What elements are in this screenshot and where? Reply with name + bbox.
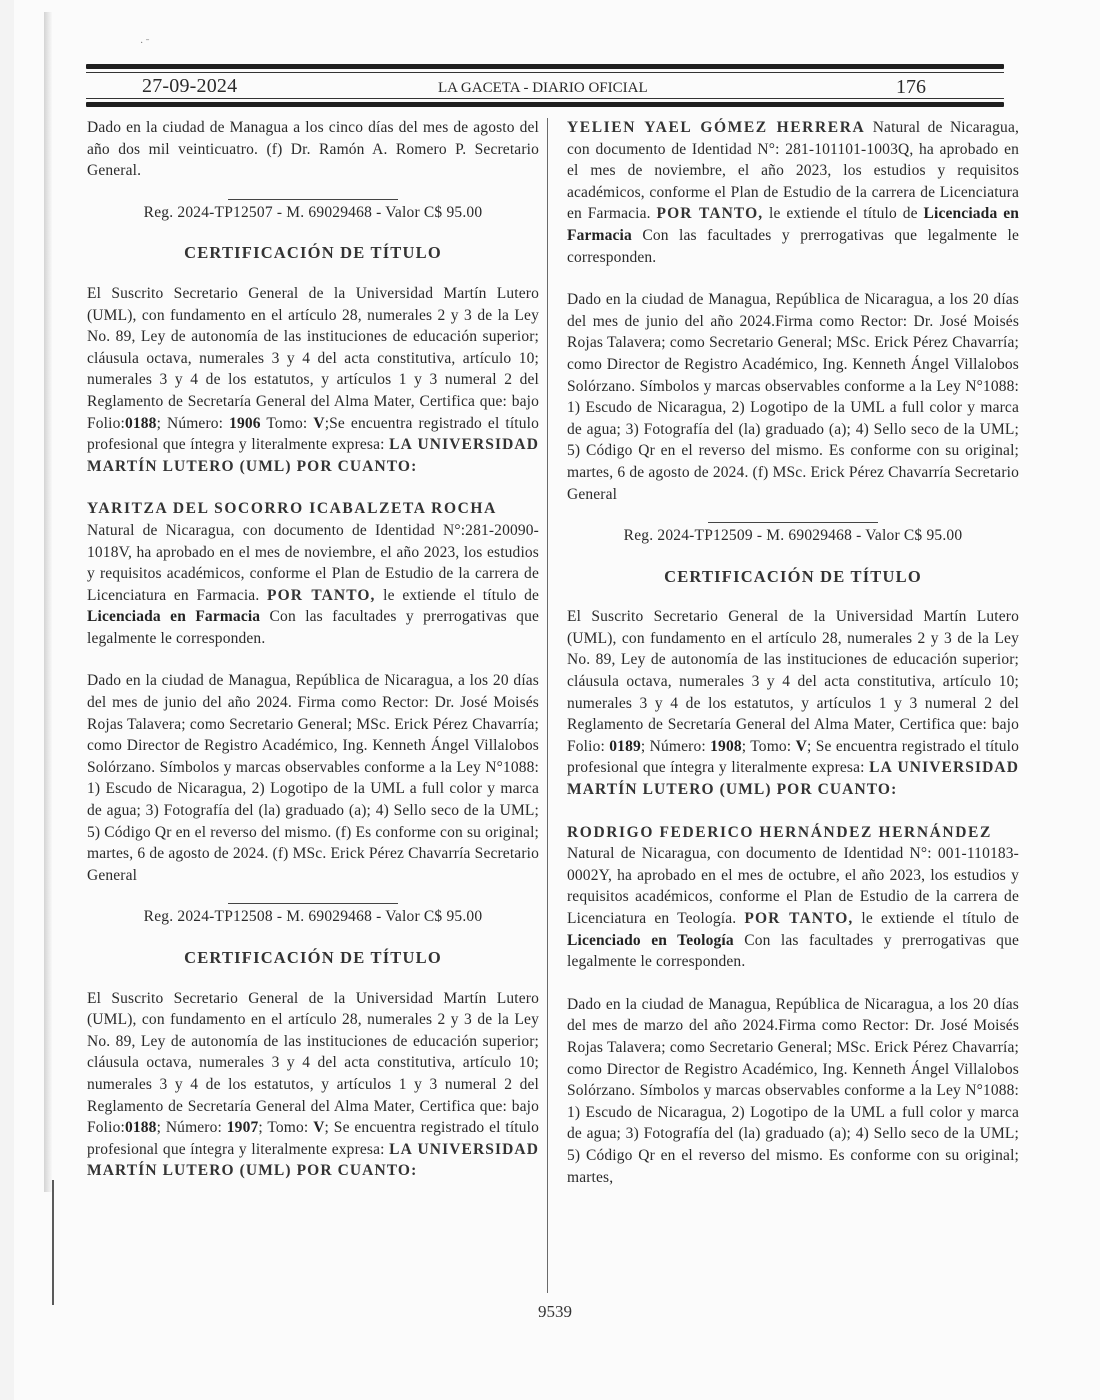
column-divider [547, 118, 548, 1293]
section-title: CERTIFICACIÓN DE TÍTULO [87, 947, 539, 969]
registration-line: Reg. 2024-TP12509 - M. 69029468 - Valor … [567, 525, 1019, 547]
gazette-page-number: 9539 [538, 1302, 572, 1322]
section-title: CERTIFICACIÓN DE TÍTULO [87, 242, 539, 264]
scan-specks: · ˉ [140, 38, 149, 49]
graduate-name: YARITZA DEL SOCORRO ICABALZETA ROCHA [87, 500, 497, 517]
left-column: Dado en la ciudad de Managua a los cinco… [87, 117, 539, 1182]
binding-shadow [44, 12, 52, 1192]
registry-number: 1907 [227, 1119, 259, 1136]
closing-paragraph: Dado en la ciudad de Managua, República … [567, 289, 1019, 505]
binding-edge-line [52, 1180, 54, 1305]
header-rule-thin-bottom [86, 98, 1004, 99]
registry-number: 1908 [710, 738, 742, 755]
registration-line: Reg. 2024-TP12508 - M. 69029468 - Valor … [87, 906, 539, 928]
degree-title: Licenciada en Farmacia [87, 608, 260, 625]
degree-title: Licenciado en Teología [567, 932, 734, 949]
registry-number: 1906 [229, 415, 261, 432]
section-page-number: 176 [896, 76, 926, 99]
publication-title: LA GACETA - DIARIO OFICIAL [438, 80, 648, 97]
folio-number: 0189 [609, 738, 641, 755]
section-title: CERTIFICACIÓN DE TÍTULO [567, 566, 1019, 588]
graduate-paragraph: RODRIGO FEDERICO HERNÁNDEZ HERNÁNDEZNatu… [567, 822, 1019, 973]
separator-line [708, 522, 878, 523]
folio-number: 0188 [125, 1119, 157, 1136]
scan-margin [0, 0, 14, 1400]
header-rule-thick-bottom [86, 102, 1004, 107]
tomo-number: V [796, 738, 807, 755]
folio-number: 0188 [125, 415, 157, 432]
certification-preamble: El Suscrito Secretario General de la Uni… [87, 988, 539, 1182]
tomo-number: V [313, 1119, 324, 1136]
graduate-paragraph: YELIEN YAEL GÓMEZ HERRERA Natural de Nic… [567, 117, 1019, 268]
previous-entry-closing: Dado en la ciudad de Managua a los cinco… [87, 117, 539, 182]
separator-line [228, 903, 398, 904]
tomo-number: V [313, 415, 324, 432]
registration-line: Reg. 2024-TP12507 - M. 69029468 - Valor … [87, 202, 539, 224]
graduate-name: YELIEN YAEL GÓMEZ HERRERA [567, 119, 865, 136]
graduate-name: RODRIGO FEDERICO HERNÁNDEZ HERNÁNDEZ [567, 824, 992, 841]
closing-paragraph: Dado en la ciudad de Managua, República … [87, 670, 539, 886]
certification-preamble: El Suscrito Secretario General de la Uni… [87, 283, 539, 477]
separator-line [228, 199, 398, 200]
right-column: YELIEN YAEL GÓMEZ HERRERA Natural de Nic… [567, 117, 1019, 1188]
page-header: 27-09-2024 LA GACETA - DIARIO OFICIAL 17… [86, 64, 1004, 107]
issue-date: 27-09-2024 [142, 75, 237, 98]
graduate-paragraph: YARITZA DEL SOCORRO ICABALZETA ROCHANatu… [87, 498, 539, 649]
closing-paragraph: Dado en la ciudad de Managua, República … [567, 994, 1019, 1188]
header-rule-thick-top [86, 64, 1004, 69]
certification-preamble: El Suscrito Secretario General de la Uni… [567, 606, 1019, 800]
